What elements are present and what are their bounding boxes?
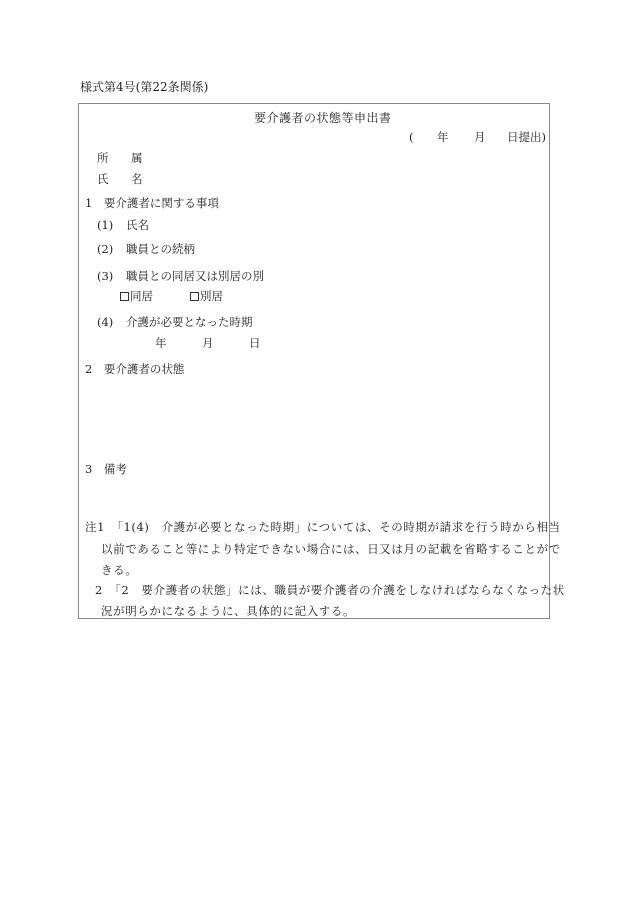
name-label-2: 名 xyxy=(131,174,143,186)
affiliation-label-1: 所 xyxy=(97,153,109,165)
item2-number: (2) xyxy=(97,244,113,256)
date-day-submitted-label: 日提出) xyxy=(507,132,546,144)
affiliation-label-2: 属 xyxy=(131,153,143,165)
item4-number: (4) xyxy=(97,317,113,329)
care-recipient-condition-area[interactable] xyxy=(80,382,548,454)
section2-heading: 2 要介護者の状態 xyxy=(85,364,184,376)
remarks-area[interactable] xyxy=(80,482,548,516)
item2-label: 職員との続柄 xyxy=(126,244,195,256)
care-start-day-label: 日 xyxy=(249,338,261,350)
section1-heading: 1 要介護者に関する事項 xyxy=(85,198,219,210)
item1-label: 氏名 xyxy=(126,220,149,232)
option-separate-label: 別居 xyxy=(200,289,223,303)
item1-number: (1) xyxy=(97,220,113,232)
checkbox-separate-icon[interactable] xyxy=(190,292,199,301)
item3-label: 職員との同居又は別居の別 xyxy=(126,271,264,283)
checkbox-cohabiting-icon[interactable] xyxy=(120,292,129,301)
care-start-year-label: 年 xyxy=(155,338,167,350)
form-title: 要介護者の状態等申出書 xyxy=(254,112,392,124)
item4-label: 介護が必要となった時期 xyxy=(126,317,253,329)
date-year-label: 年 xyxy=(437,132,449,144)
note2-line2: 況が明らかになるように、具体的に記入する。 xyxy=(101,606,355,618)
date-month-label: 月 xyxy=(474,132,486,144)
option-cohabiting[interactable]: 同居 xyxy=(120,291,153,303)
item3-number: (3) xyxy=(97,271,113,283)
note1-line1: 注1 「1(4) 介護が必要となった時期」については、その時期が請求を行う時から… xyxy=(85,522,561,534)
option-separate[interactable]: 別居 xyxy=(190,291,223,303)
date-open-paren: ( xyxy=(409,132,414,144)
care-start-month-label: 月 xyxy=(202,338,214,350)
section3-heading: 3 備考 xyxy=(85,464,127,476)
name-label-1: 氏 xyxy=(97,174,109,186)
option-cohabiting-label: 同居 xyxy=(130,289,153,303)
note1-line3: きる。 xyxy=(101,565,137,577)
note2-line1: 2 「2 要介護者の状態」には、職員が要介護者の介護をしなければならなくなった状 xyxy=(95,585,565,597)
note1-line2: 以前であること等により特定できない場合には、日又は月の記載を省略することがで xyxy=(101,544,561,556)
form-reference: 様式第4号(第22条関係) xyxy=(80,81,208,93)
